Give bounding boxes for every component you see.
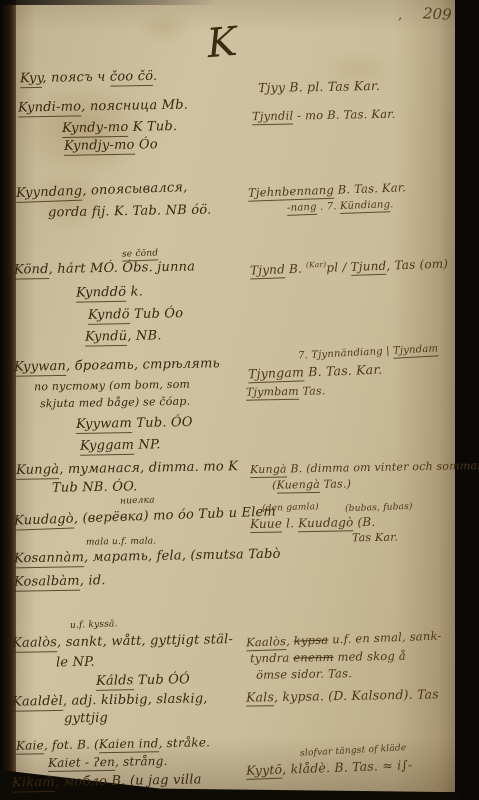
manuscript-line: gyttjig: [64, 711, 108, 727]
text-segment: Tjehnbennang: [248, 183, 334, 202]
text-segment: K Tub.: [128, 119, 177, 135]
text-segment: , (верёвка) mo óo Tub и Elem: [74, 504, 277, 526]
text-segment: Kündiang: [340, 199, 391, 214]
text-segment: Kyndü: [85, 329, 128, 347]
manuscript-line: Kyytō, klådè. B. Tas. ≈ i∫-: [246, 757, 413, 778]
text-segment: Tjyndam: [393, 343, 439, 358]
text-segment: slofvar tängst of kläde: [300, 743, 407, 759]
text-segment: Tjyy B. pl. Tas Kar.: [258, 78, 380, 95]
text-segment: Kyndi-mo: [18, 99, 82, 117]
text-segment: pl /: [326, 260, 351, 275]
text-segment: Kaie: [16, 738, 44, 754]
manuscript-line: Tjyndil - mo B. Tas. Kar.: [252, 107, 396, 124]
manuscript-line: Tjymbam Tas.: [246, 384, 326, 398]
text-segment: (: [272, 479, 277, 492]
text-segment: u.f. kyssä.: [70, 619, 118, 631]
text-segment: по пустому (om bom, som: [34, 378, 190, 394]
text-segment: B. (dimma om vinter och sommar).: [287, 459, 479, 476]
manuscript-line: tyndra enenm med skog å: [250, 649, 406, 666]
manuscript-line: Kosalbàm, id.: [14, 573, 106, 590]
text-segment: , мобло B. (и jag villa: [55, 772, 202, 790]
text-segment: , брогать, стрѣлять: [66, 356, 220, 374]
text-segment: , Tas (om): [386, 257, 448, 273]
text-segment: Kaalòs: [12, 635, 57, 653]
text-segment: , hárt MÓ. Óbs. junna: [49, 259, 196, 277]
text-segment: Tjyndil: [252, 109, 294, 126]
text-segment: mala u.f. mala.: [86, 536, 157, 547]
manuscript-line: Kyywam Tub. ÓO: [76, 415, 193, 432]
text-segment: (Kar): [306, 260, 327, 270]
text-segment: Kungà: [16, 462, 60, 480]
manuscript-line: u.f. kyssä.: [70, 619, 118, 631]
text-segment: NP.: [134, 437, 161, 452]
text-segment: Kuengà: [276, 478, 320, 494]
text-segment: ömse sidor. Tas.: [256, 666, 352, 682]
text-segment: Kaalòs: [246, 634, 287, 651]
text-segment: Kynddö: [76, 285, 127, 303]
manuscript-line: Kyndjy-mo Óo: [64, 137, 158, 154]
manuscript-line: Kyggam NP.: [80, 437, 161, 453]
text-segment: Tjynd: [250, 262, 285, 279]
manuscript-line: Tas Kar.: [352, 531, 398, 545]
text-segment: , strång.: [115, 754, 168, 769]
text-segment: čoo čö: [110, 69, 153, 87]
text-segment: , поясъ ч: [42, 70, 110, 86]
text-segment: . 7.: [316, 201, 340, 213]
text-segment: Tub Óo: [130, 306, 184, 322]
text-segment: B. Tas. Kar.: [334, 180, 407, 197]
text-segment: , stråke.: [158, 735, 210, 750]
manuscript-line: Kyy, поясъ ч čoo čö.: [20, 69, 158, 86]
text-segment: B. Tas. Kar.: [304, 362, 383, 380]
manuscript-line: Könd, hárt MÓ. Óbs. junna: [14, 259, 195, 277]
text-segment: kypsa: [294, 633, 329, 648]
text-segment: Kaiet - ʔen: [48, 755, 115, 772]
manuscript-photo: , 209 K Kyy, поясъ ч čoo čö.Kyndi-mo, по…: [0, 0, 479, 800]
manuscript-line: 7. Tjynnändiang | Tjyndam: [298, 343, 439, 361]
text-segment: Tub. ÓO: [132, 415, 193, 431]
text-segment: Könd: [14, 262, 49, 280]
text-segment: , kypsa. (D. Kalsond). Tas: [274, 686, 439, 704]
text-segment: l.: [282, 516, 298, 530]
manuscript-line: Kyndy-mo K Tub.: [62, 119, 178, 136]
manuscript-line: Kosannàm, марать, fela, (smutsa Tabò: [14, 547, 281, 567]
manuscript-line: (bubas, fubas): [345, 502, 413, 514]
text-segment: Tjymbam: [246, 385, 299, 401]
manuscript-line: Tjyy B. pl. Tas Kar.: [258, 78, 380, 95]
text-segment: Tas.: [299, 384, 326, 397]
text-segment: Kaaldèl: [12, 694, 63, 712]
text-segment: Kyytō: [246, 762, 283, 780]
text-segment: -nang: [287, 202, 317, 216]
manuscript-line: Tub NB. ÓO.: [52, 479, 138, 495]
manuscript-line: Tjehnbennang B. Tas. Kar.: [248, 180, 406, 200]
manuscript-line: -nang . 7. Kündiang.: [287, 199, 394, 214]
text-segment: Kyy: [20, 71, 43, 88]
text-segment: Kikam̃: [12, 775, 55, 793]
text-segment: Kosalbàm: [14, 574, 80, 592]
text-segment: Tjund: [350, 259, 386, 276]
text-segment: , туманася, dimma. mo K: [59, 459, 238, 477]
text-segment: Tjyngam: [248, 364, 305, 383]
text-segment: , klådè. B. Tas. ≈ i∫-: [282, 757, 413, 777]
text-segment: med skog å: [334, 649, 406, 664]
text-segment: , NB.: [127, 328, 162, 344]
manuscript-line: slofvar tängst of kläde: [300, 743, 407, 759]
text-segment: , поясница Mb.: [81, 98, 188, 115]
text-segment: Kyywam: [76, 416, 132, 434]
text-segment: Kals: [246, 689, 274, 706]
text-segment: Kosannàm: [14, 550, 84, 568]
text-segment: , марать, fela, (smutsa Tabò: [84, 547, 281, 565]
text-segment: ниелка: [120, 495, 155, 506]
text-segment: gyttjig: [64, 711, 108, 727]
manuscript-line: Tjyngam B. Tas. Kar.: [248, 362, 383, 382]
manuscript-line: ömse sidor. Tas.: [256, 666, 352, 682]
text-segment: Kyndö: [88, 307, 130, 325]
text-segment: le NP.: [56, 655, 95, 671]
text-segment: Kyywan: [14, 359, 66, 377]
manuscript-line: Kals, kypsa. (D. Kalsond). Tas: [246, 686, 439, 704]
text-segment: Kálds: [96, 673, 134, 691]
text-segment: , adj. klibbig, slaskig,: [63, 691, 208, 709]
manuscript-line: Kuudagò, (верёвка) mo óo Tub и Elem: [14, 504, 276, 528]
manuscript-line: Kyndü, NB.: [85, 328, 162, 344]
manuscript-line: Kyndi-mo, поясница Mb.: [18, 98, 188, 116]
text-segment: Tub NB. ÓO.: [52, 479, 138, 495]
text-segment: , id.: [80, 573, 106, 588]
text-segment: Tub ÓÓ: [133, 672, 190, 688]
ink-layer: Kyy, поясъ ч čoo čö.Kyndi-mo, поясница M…: [0, 0, 479, 800]
manuscript-line: (den gamla): [262, 502, 319, 514]
manuscript-line: Kyyndang, опоясывался,: [16, 180, 188, 201]
text-segment: , fot. B. (: [44, 737, 99, 752]
text-segment: Kungà: [250, 462, 287, 478]
text-segment: u.f. en smal, sank-: [328, 629, 442, 647]
manuscript-line: Kyndö Tub Óo: [88, 306, 184, 323]
manuscript-line: Kaie, fot. B. (Kaien ind, stråke.: [16, 735, 210, 752]
text-segment: Kyndjy-mo: [64, 138, 135, 156]
manuscript-line: Kungà B. (dimma om vinter och sommar).: [250, 459, 479, 476]
manuscript-line: skjuta med båge) se čóap.: [40, 395, 190, 411]
manuscript-line: Kaiet - ʔen, strång.: [48, 754, 168, 770]
text-segment: tyndra: [250, 651, 294, 666]
manuscript-line: по пустому (om bom, som: [34, 378, 190, 394]
text-segment: (B.: [353, 515, 375, 529]
text-segment: Kyggam: [80, 438, 134, 456]
text-segment: , опоясывался,: [82, 180, 188, 199]
manuscript-line: Kuue l. Kuudagò (B.: [250, 515, 376, 531]
manuscript-line: Kaaldèl, adj. klibbig, slaskig,: [12, 691, 208, 709]
manuscript-line: Kaalòs, sankt, wått, gyttjigt stäl-: [12, 632, 233, 651]
text-segment: Tas.): [320, 477, 351, 491]
manuscript-line: Kaalòs, kypsa u.f. en smal, sank-: [246, 629, 442, 650]
text-segment: , sankt, wått, gyttjigt stäl-: [57, 632, 233, 650]
text-segment: enenm: [293, 650, 334, 665]
text-segment: Kuudagò: [14, 511, 74, 530]
text-segment: k.: [126, 284, 143, 299]
manuscript-line: Tjynd B. (Kar)pl / Tjund, Tas (om): [250, 256, 449, 278]
text-segment: .: [153, 69, 158, 84]
manuscript-line: Kyywan, брогать, стрѣлять: [14, 356, 220, 375]
text-segment: - mo B. Tas. Kar.: [293, 107, 395, 123]
manuscript-line: Kungà, туманася, dimma. mo K: [16, 459, 238, 478]
manuscript-line: se čönd: [122, 248, 159, 259]
manuscript-line: ниелка: [120, 495, 155, 506]
text-segment: Kyndy-mo: [62, 120, 129, 138]
manuscript-line: (Kuengà Tas.): [272, 477, 351, 491]
text-segment: (den gamla): [262, 502, 319, 514]
manuscript-line: mala u.f. mala.: [86, 536, 157, 547]
text-segment: Tas Kar.: [352, 531, 398, 545]
text-segment: Kuudagò: [298, 515, 354, 532]
text-segment: Kuue: [250, 517, 282, 534]
text-segment: skjuta med båge) se čóap.: [40, 395, 190, 411]
manuscript-line: Kikam̃, мобло B. (и jag villa: [12, 772, 202, 790]
text-segment: Óo: [135, 137, 158, 152]
text-segment: (bubas, fubas): [345, 502, 413, 514]
manuscript-line: gorda fij. K. Tab. NB óö.: [48, 203, 212, 221]
manuscript-line: le NP.: [56, 655, 95, 671]
text-segment: 7. Tjynnändiang |: [298, 346, 394, 362]
manuscript-line: Kynddö k.: [76, 284, 143, 300]
text-segment: B.: [285, 262, 307, 277]
text-segment: Kyyndang: [16, 184, 83, 203]
text-segment: Kaien ind: [99, 736, 159, 753]
text-segment: .: [390, 199, 394, 210]
text-segment: gorda fij. K. Tab. NB óö.: [48, 203, 212, 221]
manuscript-line: Kálds Tub ÓÓ: [96, 672, 190, 689]
